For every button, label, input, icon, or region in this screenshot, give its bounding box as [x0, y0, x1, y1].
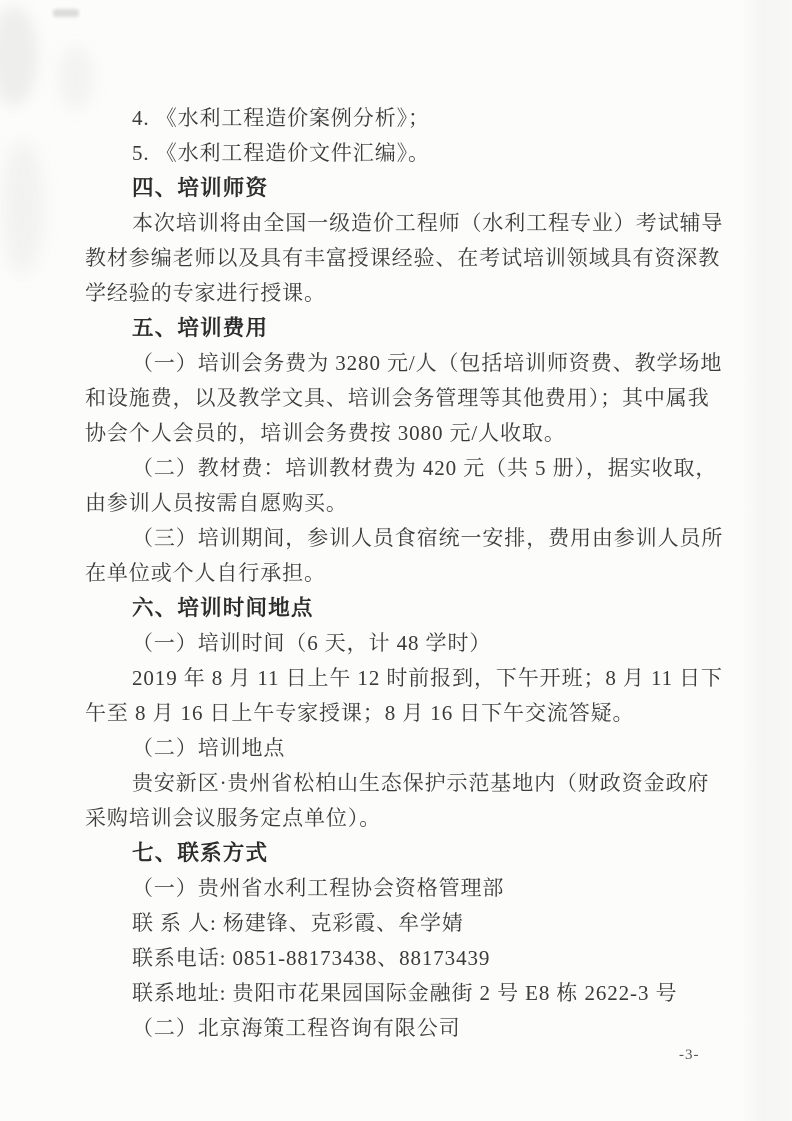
scan-edge-shadow	[742, 0, 792, 1121]
text-line: 2019 年 8 月 11 日上午 12 时前报到，下午开班；8 月 11 日下	[85, 661, 701, 696]
text-line: 4. 《水利工程造价案例分析》；	[85, 101, 701, 136]
text-line: 联系地址: 贵阳市花果园国际金融街 2 号 E8 栋 2622-3 号	[85, 976, 701, 1011]
text-line: 联系电话: 0851-88173438、88173439	[85, 941, 701, 976]
document-body: 4. 《水利工程造价案例分析》；5. 《水利工程造价文件汇编》。四、培训师资本次…	[85, 101, 701, 1046]
scan-smudge	[0, 6, 38, 106]
text-line: 协会个人会员的，培训会务费按 3080 元/人收取。	[85, 416, 701, 451]
text-line: （一）贵州省水利工程协会资格管理部	[85, 871, 701, 906]
page-number: -3-	[679, 1046, 700, 1064]
text-line: 5. 《水利工程造价文件汇编》。	[85, 136, 701, 171]
section-heading: 五、培训费用	[85, 311, 701, 346]
text-line: 午至 8 月 16 日上午专家授课；8 月 16 日下午交流答疑。	[85, 696, 701, 731]
text-line: 由参训人员按需自愿购买。	[85, 486, 701, 521]
document-page: 4. 《水利工程造价案例分析》；5. 《水利工程造价文件汇编》。四、培训师资本次…	[0, 0, 792, 1121]
text-line: 贵安新区·贵州省松柏山生态保护示范基地内（财政资金政府	[85, 766, 701, 801]
text-line: （二）北京海策工程咨询有限公司	[85, 1011, 701, 1046]
text-line: （二）教材费：培训教材费为 420 元（共 5 册），据实收取，	[85, 451, 701, 486]
text-line: 采购培训会议服务定点单位）。	[85, 801, 701, 836]
text-line: （三）培训期间，参训人员食宿统一安排，费用由参训人员所	[85, 521, 701, 556]
text-line: （一）培训会务费为 3280 元/人（包括培训师资费、教学场地	[85, 346, 701, 381]
text-line: 和设施费，以及教学文具、培训会务管理等其他费用）；其中属我	[85, 381, 701, 416]
text-line: 联 系 人: 杨建锋、克彩霞、牟学婧	[85, 906, 701, 941]
text-line: 教材参编老师以及具有丰富授课经验、在考试培训领域具有资深教	[85, 241, 701, 276]
section-heading: 六、培训时间地点	[85, 591, 701, 626]
text-line: 在单位或个人自行承担。	[85, 556, 701, 591]
text-line: （一）培训时间（6 天，计 48 学时）	[85, 626, 701, 661]
scan-smudge	[53, 9, 79, 17]
section-heading: 七、联系方式	[85, 836, 701, 871]
section-heading: 四、培训师资	[85, 171, 701, 206]
text-line: 学经验的专家进行授课。	[85, 276, 701, 311]
text-line: 本次培训将由全国一级造价工程师（水利工程专业）考试辅导	[85, 206, 701, 241]
text-line: （二）培训地点	[85, 731, 701, 766]
scan-smudge	[2, 140, 44, 275]
